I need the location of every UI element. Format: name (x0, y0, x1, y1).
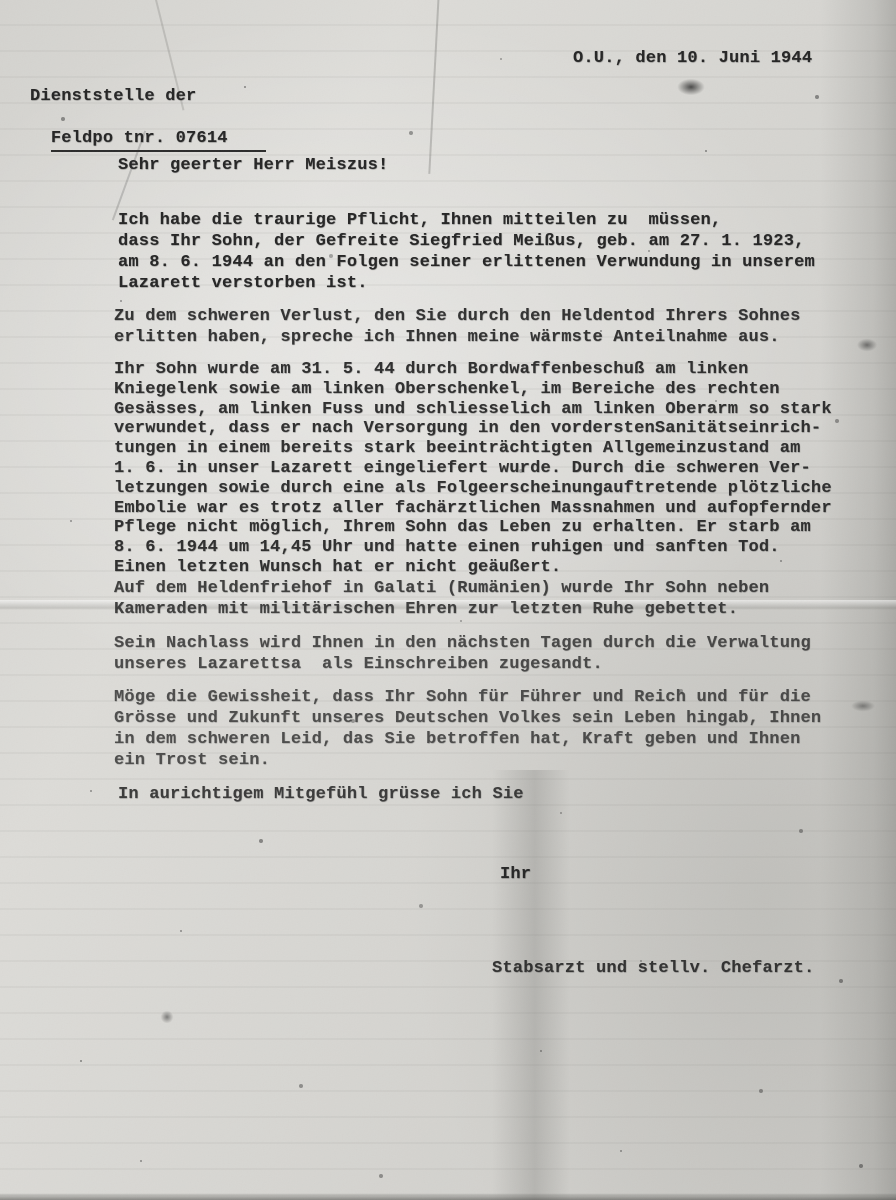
fold-smudge-vertical (492, 770, 570, 1200)
sender-fieldpost-number: Feldpo tnr. 07614 (51, 128, 266, 152)
ink-blotch (856, 338, 878, 352)
body-paragraph-2: Zu dem schweren Verlust, den Sie durch d… (114, 306, 801, 348)
body-paragraph-6: Möge die Gewissheit, dass Ihr Sohn für F… (114, 687, 821, 771)
scan-bottom-edge (0, 1193, 896, 1200)
paper-speckles (0, 0, 2, 2)
body-paragraph-4: Auf dem Heldenfriehof in Galati (Rumänie… (114, 578, 769, 620)
body-paragraph-3: Ihr Sohn wurde am 31. 5. 44 durch Bordwa… (114, 360, 832, 578)
signature-title: Stabsarzt und stellv. Chefarzt. (492, 958, 814, 979)
scanned-letter-page: { "page": { "kind": "scanned typewritten… (0, 0, 896, 1200)
signature-intro: Ihr (500, 864, 531, 885)
sender-block: Dienststelle der Feldpo tnr. 07614 (30, 44, 266, 152)
ink-blotch (850, 700, 876, 712)
sender-unit-line: Dienststelle der (30, 86, 266, 107)
body-paragraph-5: Sein Nachlass wird Ihnen in den nächsten… (114, 633, 811, 675)
ink-blotch (676, 78, 706, 96)
dateline: O.U., den 10. Juni 1944 (573, 48, 812, 69)
salutation: Sehr geerter Herr Meiszus! (118, 155, 388, 176)
ink-blotch (160, 1010, 174, 1024)
body-paragraph-1: Ich habe die traurige Pflicht, Ihnen mit… (118, 210, 815, 294)
closing-line: In aurichtigem Mitgefühl grüsse ich Sie (118, 784, 524, 805)
